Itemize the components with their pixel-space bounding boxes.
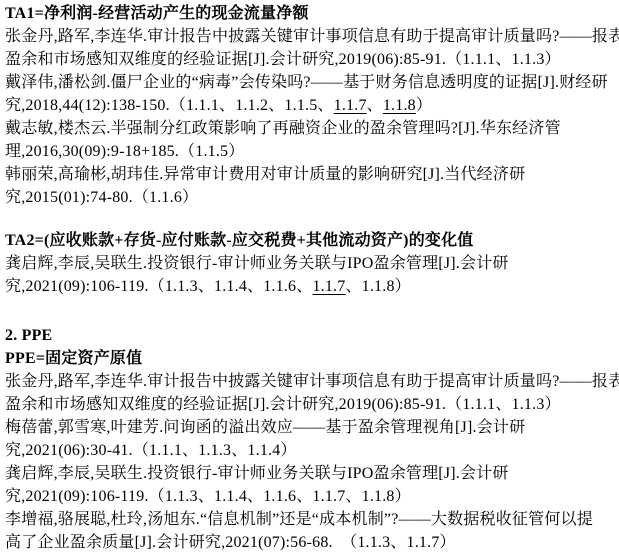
reference-line: 究,2021(09):106-119.（1.1.3、1.1.4、1.1.6、1.… (5, 275, 615, 298)
section-heading: PPE=固定资产原值 (5, 347, 615, 370)
underlined-ref-number: 1.1.7 (334, 97, 367, 114)
text-segment: 、1.1.8） (345, 278, 410, 295)
text-segment: 、 (367, 97, 383, 114)
text-segment: 理,2016,30(09):9-18+185.（1.1.5） (5, 143, 244, 160)
reference-line: 究,2015(01):74-80.（1.1.6） (5, 186, 615, 209)
section-heading: TA1=净利润-经营活动产生的现金流量净额 (5, 2, 615, 25)
reference-line: 张金丹,路军,李连华.审计报告中披露关键审计事项信息有助于提高审计质量吗?——报… (5, 370, 615, 393)
underlined-ref-number: 1.1.7 (312, 278, 345, 295)
text-segment: ） (416, 97, 432, 114)
reference-line: 究,2021(06):30-41.（1.1.1、1.1.3、1.1.4） (5, 439, 615, 462)
text-segment: 梅蓓蕾,郭雪寒,叶建芳.问询函的溢出效应——基于盈余管理视角[J].会计研 (5, 419, 525, 436)
underlined-ref-number: 1.1.8 (383, 97, 416, 114)
text-segment: 张金丹,路军,李连华.审计报告中披露关键审计事项信息有助于提高审计质量吗?——报… (5, 373, 619, 390)
reference-line: 高了企业盈余质量[J].会计研究,2021(07):56-68. （1.1.3、… (5, 531, 615, 554)
section-heading: 2. PPE (5, 324, 615, 347)
reference-line: 究,2018,44(12):138-150.（1.1.1、1.1.2、1.1.5… (5, 94, 615, 117)
reference-line: 盈余和市场感知双维度的经验证据[J].会计研究,2019(06):85-91.（… (5, 48, 615, 71)
document-page: TA1=净利润-经营活动产生的现金流量净额张金丹,路军,李连华.审计报告中披露关… (0, 0, 619, 555)
section-ta2: TA2=(应收账款+存货-应付账款-应交税费+其他流动资产)的变化值龚启辉,李辰… (5, 229, 615, 298)
text-segment: 究,2018,44(12):138-150.（1.1.1、1.1.2、1.1.5… (5, 97, 334, 114)
text-segment: 龚启辉,李辰,吴联生.投资银行-审计师业务关联与IPO盈余管理[J].会计研 (5, 465, 509, 482)
section-heading: TA2=(应收账款+存货-应付账款-应交税费+其他流动资产)的变化值 (5, 229, 615, 252)
reference-line: 戴泽伟,潘松剑.僵尸企业的“病毒”会传染吗?——基于财务信息透明度的证据[J].… (5, 71, 615, 94)
text-segment: 戴泽伟,潘松剑.僵尸企业的“病毒”会传染吗?——基于财务信息透明度的证据[J].… (5, 74, 608, 91)
text-segment: 李增福,骆展聪,杜玲,汤旭东.“信息机制”还是“成本机制”?——大数据税收征管何… (5, 511, 593, 528)
text-segment: 究,2015(01):74-80.（1.1.6） (5, 189, 198, 206)
reference-line: 龚启辉,李辰,吴联生.投资银行-审计师业务关联与IPO盈余管理[J].会计研 (5, 252, 615, 275)
section-ta1: TA1=净利润-经营活动产生的现金流量净额张金丹,路军,李连华.审计报告中披露关… (5, 2, 615, 209)
reference-line: 韩丽荣,高瑜彬,胡玮佳.异常审计费用对审计质量的影响研究[J].当代经济研 (5, 163, 615, 186)
text-segment: 盈余和市场感知双维度的经验证据[J].会计研究,2019(06):85-91.（… (5, 51, 561, 68)
reference-line: 张金丹,路军,李连华.审计报告中披露关键审计事项信息有助于提高审计质量吗?——报… (5, 25, 615, 48)
reference-line: 理,2016,30(09):9-18+185.（1.1.5） (5, 140, 615, 163)
text-segment: 戴志敏,楼杰云.半强制分红政策影响了再融资企业的盈余管理吗?[J].华东经济管 (5, 120, 561, 137)
text-segment: 究,2021(09):106-119.（1.1.3、1.1.4、1.1.6、1.… (5, 488, 411, 505)
reference-line: 李增福,骆展聪,杜玲,汤旭东.“信息机制”还是“成本机制”?——大数据税收征管何… (5, 508, 615, 531)
document-body: TA1=净利润-经营活动产生的现金流量净额张金丹,路军,李连华.审计报告中披露关… (5, 2, 615, 554)
text-segment: 张金丹,路军,李连华.审计报告中披露关键审计事项信息有助于提高审计质量吗?——报… (5, 28, 619, 45)
text-segment: 究,2021(06):30-41.（1.1.1、1.1.3、1.1.4） (5, 442, 297, 459)
text-segment: 龚启辉,李辰,吴联生.投资银行-审计师业务关联与IPO盈余管理[J].会计研 (5, 255, 509, 272)
reference-line: 龚启辉,李辰,吴联生.投资银行-审计师业务关联与IPO盈余管理[J].会计研 (5, 462, 615, 485)
text-segment: 高了企业盈余质量[J].会计研究,2021(07):56-68. （1.1.3、… (5, 534, 456, 551)
reference-line: 戴志敏,楼杰云.半强制分红政策影响了再融资企业的盈余管理吗?[J].华东经济管 (5, 117, 615, 140)
text-segment: 盈余和市场感知双维度的经验证据[J].会计研究,2019(06):85-91.（… (5, 396, 561, 413)
reference-line: 梅蓓蕾,郭雪寒,叶建芳.问询函的溢出效应——基于盈余管理视角[J].会计研 (5, 416, 615, 439)
reference-line: 盈余和市场感知双维度的经验证据[J].会计研究,2019(06):85-91.（… (5, 393, 615, 416)
text-segment: 究,2021(09):106-119.（1.1.3、1.1.4、1.1.6、 (5, 278, 312, 295)
reference-line: 究,2021(09):106-119.（1.1.3、1.1.4、1.1.6、1.… (5, 485, 615, 508)
section-ppe: 2. PPEPPE=固定资产原值张金丹,路军,李连华.审计报告中披露关键审计事项… (5, 324, 615, 554)
text-segment: 韩丽荣,高瑜彬,胡玮佳.异常审计费用对审计质量的影响研究[J].当代经济研 (5, 166, 525, 183)
